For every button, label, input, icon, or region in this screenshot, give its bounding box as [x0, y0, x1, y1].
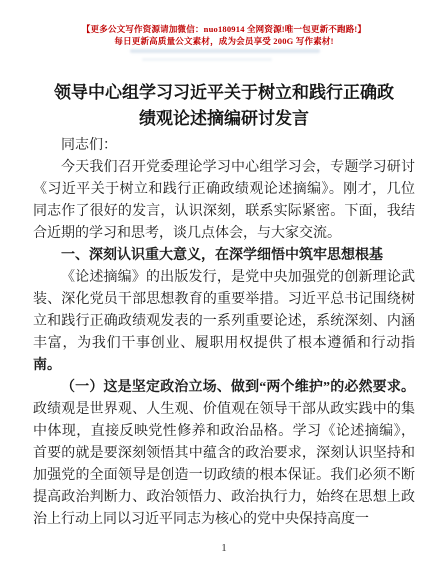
paragraph-significance-bold-tail: 南。	[33, 358, 61, 373]
page-number: 1	[0, 542, 448, 554]
salutation: 同志们：	[33, 135, 415, 157]
document-title: 领导中心组学习习近平关于树立和践行正确政绩观论述摘编研讨发言	[48, 80, 400, 132]
promo-line-2: 每日更新高质量公文素材，成为会员享受 200G 写作素材!	[0, 35, 448, 47]
promo-line-1: 【更多公文写作资源请加微信：nuo180914 全网资源!唯一包更新不跑路!】	[0, 23, 448, 35]
paragraph-significance: 《论述摘编》的出版发行，是党中央加强党的创新理论武装、深化党员干部思想教育的重要…	[33, 267, 415, 377]
watermark-artifact	[142, 58, 272, 61]
paragraph-intro: 今天我们召开党委理论学习中心组学习会，专题学习研讨《习近平关于树立和践行正确政绩…	[33, 157, 415, 245]
watermark-artifact	[130, 49, 320, 53]
paragraph-point-one: （一）这是坚定政治立场、做到“两个维护”的必然要求。政绩观是世界观、人生观、价值…	[33, 377, 415, 531]
promo-banner: 【更多公文写作资源请加微信：nuo180914 全网资源!唯一包更新不跑路!】 …	[0, 0, 448, 47]
paragraph-significance-text: 《论述摘编》的出版发行，是党中央加强党的创新理论武装、深化党员干部思想教育的重要…	[33, 270, 415, 351]
paragraph-point-one-text: 政绩观是世界观、人生观、价值观在领导干部从政实践中的集中体现，直接反映党性修养和…	[33, 402, 415, 527]
paragraph-point-one-lead: （一）这是坚定政治立场、做到“两个维护”的必然要求。	[61, 380, 415, 395]
document-body: 同志们： 今天我们召开党委理论学习中心组学习会，专题学习研讨《习近平关于树立和践…	[33, 135, 415, 531]
section-heading: 一、深刻认识重大意义，在深学细悟中筑牢思想根基	[33, 245, 415, 267]
document-page: 【更多公文写作资源请加微信：nuo180914 全网资源!唯一包更新不跑路!】 …	[0, 0, 448, 580]
